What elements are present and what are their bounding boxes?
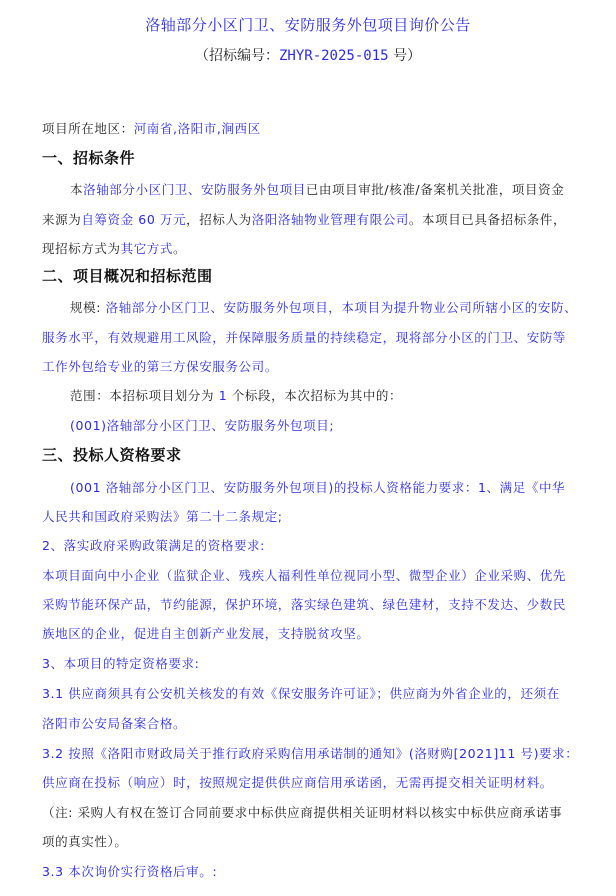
scale-label: 规模:: [70, 300, 101, 315]
tender-number-suffix: 号）: [389, 48, 421, 64]
qualification-line: 人民共和国政府采购法》第二十二条规定;: [42, 507, 582, 525]
qualification-line: 供应商在投标（响应）时，按照规定提供供应商信用承诺函，无需再提交相关证明材料。: [42, 773, 582, 791]
location-label: 项目所在地区：: [42, 121, 134, 136]
tender-method: 其它方式: [121, 241, 173, 256]
text: ，招标人为: [186, 212, 252, 227]
qualification-line: 洛阳市公安局备案合格。: [42, 714, 582, 732]
qualification-line: 采购节能环保产品，节约能源，保护环境，落实绿色建筑、绿色建材，支持不发达、少数民: [42, 595, 582, 613]
tender-number-prefix: （招标编号：: [195, 48, 279, 64]
scale-line: 工作外包给专业的第三方保安服务公司。: [42, 357, 582, 375]
funding-source: 自筹资金 60 万元: [81, 212, 186, 227]
qualification-line: 3.3 本次询价实行资格后审。:: [42, 862, 582, 880]
text: 。本项目已具备招标条件，: [409, 212, 566, 227]
tender-number-code: ZHYR-2025-015: [279, 48, 389, 64]
text: 现招标方式为: [42, 241, 121, 256]
note-line: 项的真实性）。: [42, 832, 582, 850]
text: 范围：本招标项目划分为: [70, 388, 219, 403]
qualification-line: 3.1 供应商须具有公安机关核发的有效《保安服务许可证》；供应商为外省企业的，还…: [42, 684, 582, 702]
paragraph-line: 现招标方式为其它方式。: [42, 239, 582, 257]
lot-count: 1: [219, 388, 228, 403]
qualification-line: 3、本项目的特定资格要求:: [42, 654, 582, 672]
tender-number: （招标编号：ZHYR-2025-015 号）: [0, 45, 616, 65]
qualification-line: (001 洛轴部分小区门卫、安防服务外包项目)的投标人资格能力要求：1、满足《中…: [70, 478, 610, 496]
range-line: 范围：本招标项目划分为 1 个标段，本次招标为其中的：: [70, 386, 610, 404]
qualification-line: 2、落实政府采购政策满足的资格要求:: [42, 536, 582, 554]
paragraph-line: 来源为自筹资金 60 万元，招标人为洛阳洛轴物业管理有限公司。本项目已具备招标条…: [42, 210, 582, 228]
tenderer-name: 洛阳洛轴物业管理有限公司: [252, 212, 409, 227]
note-line: （注: 采购人有权在签订合同前要求中标供应商提供相关证明材料以核实中标供应商承诺…: [42, 803, 582, 821]
section-heading-project-overview: 二、项目概况和招标范围: [42, 265, 213, 286]
qualification-line: 本项目面向中小企业（监狱企业、残疾人福利性单位视同小型、微型企业）企业采购、优先: [42, 566, 582, 584]
section-heading-tender-conditions: 一、招标条件: [42, 147, 135, 168]
scale-line: 服务水平，有效规避用工风险，并保障服务质量的持续稳定，现将部分小区的门卫、安防等: [42, 328, 582, 346]
text: 。: [173, 241, 186, 256]
text: 来源为: [42, 212, 81, 227]
page-title: 洛轴部分小区门卫、安防服务外包项目询价公告: [0, 14, 616, 35]
lot-item: (001)洛轴部分小区门卫、安防服务外包项目;: [70, 416, 610, 434]
scale-text: 洛轴部分小区门卫、安防服务外包项目，本项目为提升物业公司所辖小区的安防、: [101, 300, 577, 315]
paragraph-line: 本洛轴部分小区门卫、安防服务外包项目已由项目审批/核准/备案机关批准，项目资金: [70, 180, 610, 198]
text: 个标段，本次招标为其中的：: [227, 388, 402, 403]
text: 已由项目审批/核准/备案机关批准，项目资金: [306, 182, 565, 197]
text: 本: [70, 182, 83, 197]
project-name: 洛轴部分小区门卫、安防服务外包项目: [83, 182, 306, 197]
scale-line: 规模: 洛轴部分小区门卫、安防服务外包项目，本项目为提升物业公司所辖小区的安防、: [70, 298, 610, 316]
section-heading-bidder-qualifications: 三、投标人资格要求: [42, 444, 182, 465]
location-value: 河南省,洛阳市,涧西区: [134, 121, 261, 136]
project-location: 项目所在地区：河南省,洛阳市,涧西区: [42, 119, 582, 137]
qualification-line: 3.2 按照《洛阳市财政局关于推行政府采购信用承诺制的通知》(洛财购[2021]…: [42, 744, 582, 762]
qualification-line: 族地区的企业，促进自主创新产业发展，支持脱贫攻坚。: [42, 624, 582, 642]
